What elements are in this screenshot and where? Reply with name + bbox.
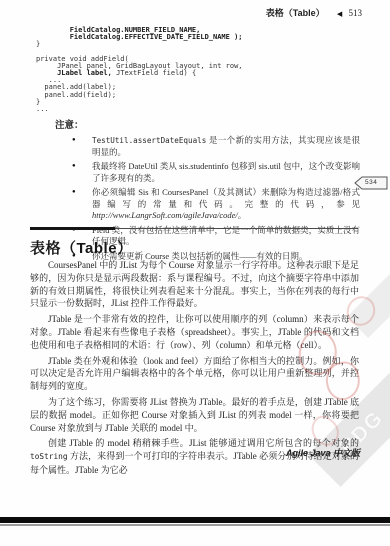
paragraph-1: CoursesPanel 中的 JList 为每个 Course 对象显示一行字… (30, 259, 359, 310)
tag-page-number: 534 (365, 179, 377, 187)
bottom-scan-bar (0, 517, 390, 523)
left-triangle-icon: ◀ (337, 10, 342, 18)
paragraph-4: 为了这个练习，你需要将 JList 替换为 JTable。最好的着手点是，创建 … (30, 396, 359, 434)
paragraph-2: JTable 是一个非常有效的控件，让你可以使用顺序的列（column）来表示每… (30, 313, 359, 351)
code-segment-bold: JLabel label, (57, 69, 112, 77)
note-bullet-2: ● 我最终将 DateUtil 类从 sis.studentinfo 包移到 s… (72, 161, 360, 184)
bullet-text: TestUtil.assertDateEquals 是一个新的实用方法，其实现应… (92, 135, 360, 158)
inline-code-tostring: toString (30, 452, 68, 461)
code-line: } (36, 99, 243, 106)
bullet-text: 我最终将 DateUtil 类从 sis.studentinfo 包移到 sis… (92, 161, 360, 184)
bullet-icon: ● (72, 187, 92, 222)
code-line: } (36, 41, 243, 48)
note-bullet-3: ● 你必须编辑 Sis 和 CoursesPanel（及其测试）来删除为构造过滤… (72, 187, 360, 222)
inline-code: TestUtil.assertDateEquals (92, 136, 206, 145)
code-line: ... (36, 106, 243, 113)
margin-page-ref-tag: 534 (354, 176, 388, 190)
book-page: PDG 表格（Table） ◀ 513 FieldCatalog.NUMBER_… (0, 0, 390, 546)
code-line: FieldCatalog.EFFECTIVE_DATE_FIELD_NAME )… (36, 34, 243, 41)
note-bullet-1: ● TestUtil.assertDateEquals 是一个新的实用方法，其实… (72, 135, 360, 158)
divider-thin-segment (115, 228, 358, 229)
bullet-text-segment: 。 (238, 210, 247, 220)
bottom-scan-bar-shadow (0, 524, 390, 526)
divider-thick-segment (30, 227, 115, 230)
paragraph-3: JTable 类在外观和体验（look and feel）方面给了你相当大的控制… (30, 355, 359, 393)
header-page-number: 513 (349, 8, 363, 18)
section-title: 表格（Table） (30, 237, 133, 258)
header-section-title: 表格（Table） (266, 8, 325, 18)
code-segment: JTextField field) { (112, 69, 196, 77)
inline-url: http://www.LangrSoft.com/agileJava/code/ (92, 210, 238, 220)
code-line: panel.add(field); (36, 92, 243, 99)
page-header: 表格（Table） ◀ 513 (266, 6, 362, 19)
bullet-text-segment: 你必须编辑 Sis 和 CoursesPanel（及其测试）来删除为构造过滤器/… (92, 187, 360, 209)
code-block: FieldCatalog.NUMBER_FIELD_NAME, FieldCat… (36, 27, 243, 113)
bullet-icon: ● (72, 135, 92, 158)
note-label: 注意： (55, 117, 390, 131)
bullet-icon: ● (72, 161, 92, 184)
footer-book-title: Agile Java 中文版 (286, 448, 360, 458)
bullet-text: 你必须编辑 Sis 和 CoursesPanel（及其测试）来删除为构造过滤器/… (92, 187, 360, 222)
book-footer: Agile Java 中文版 (286, 446, 360, 459)
section-divider (30, 227, 358, 230)
code-line: JLabel label, JTextField field) { (36, 70, 243, 77)
